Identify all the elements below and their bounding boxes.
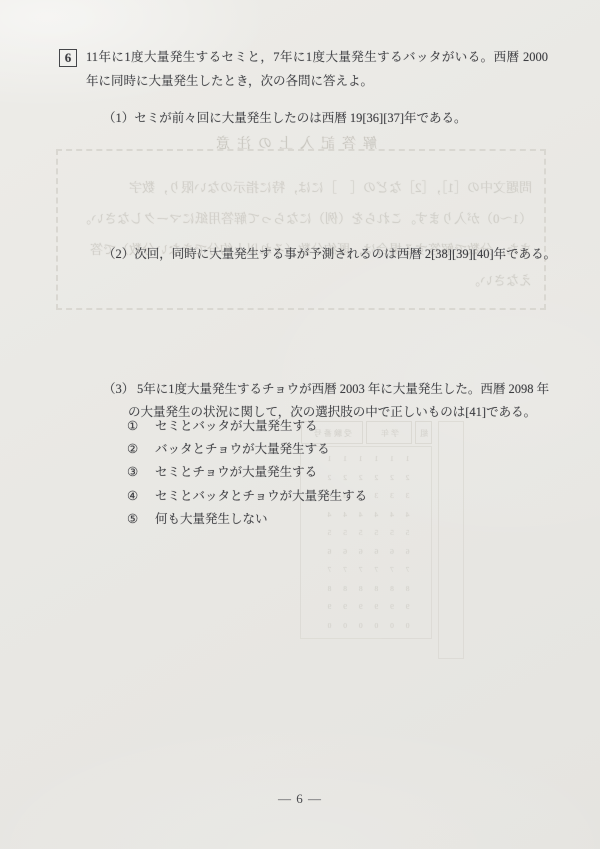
showthrough-line: えなさい。	[70, 265, 532, 296]
choice-4: ④セミとバッタとチョウが大量発生する	[127, 485, 367, 508]
page-number: — 6 —	[0, 791, 600, 807]
showthrough-grid-row: 6 6 6 6 6 6	[305, 543, 427, 562]
choice-2-text: バッタとチョウが大量発生する	[155, 442, 330, 456]
showthrough-grid-header: 組	[415, 421, 432, 444]
choice-1-number: ①	[127, 415, 142, 438]
choice-5-text: 何も大量発生しない	[155, 512, 268, 526]
showthrough-grid-row: 8 8 8 8 8 8	[305, 580, 427, 599]
choice-3: ③セミとチョウが大量発生する	[127, 461, 367, 484]
problem-number-box: 6	[59, 49, 77, 67]
choice-1-text: セミとバッタが大量発生する	[155, 419, 318, 433]
choice-list: ①セミとバッタが大量発生する ②バッタとチョウが大量発生する ③セミとチョウが大…	[127, 415, 367, 531]
showthrough-grid-row: 9 9 9 9 9 9	[305, 598, 427, 617]
choice-4-number: ④	[127, 485, 142, 508]
showthrough-title: 解答記入上の注意	[178, 133, 408, 153]
question-2-text: 次回，同時に大量発生する事が予測されるのは西暦 2[38][39][40]年であ…	[134, 247, 556, 261]
question-2: （2）次回，同時に大量発生する事が予測されるのは西暦 2[38][39][40]…	[103, 246, 556, 262]
showthrough-grid-narrow-column	[438, 421, 464, 659]
choice-5-number: ⑤	[127, 508, 142, 531]
question-2-label: （2）	[103, 247, 134, 261]
choice-5: ⑤何も大量発生しない	[127, 508, 367, 531]
choice-2-number: ②	[127, 438, 142, 461]
problem-intro-text: 11年に1度大量発生するセミと，7年に1度大量発生するバッタがいる。西暦 200…	[86, 46, 548, 93]
showthrough-line: （1～0）が入ります。これらを（例）にならって解答用紙にマークしなさい。	[70, 203, 532, 234]
choice-3-text: セミとチョウが大量発生する	[155, 465, 317, 479]
question-1-label: （1）	[103, 111, 134, 125]
choice-3-number: ③	[127, 461, 142, 484]
choice-2: ②バッタとチョウが大量発生する	[127, 438, 367, 461]
showthrough-grid-row: 7 7 7 7 7 7	[305, 561, 427, 580]
question-1: （1）セミが前々回に大量発生したのは西暦 19[36][37]年である。	[103, 110, 467, 126]
showthrough-grid-header: 学年	[366, 421, 412, 444]
showthrough-line: 問題文中の［1］，［2］などの［ ］には，特に指示のない限り，数字	[70, 172, 532, 203]
question-1-text: セミが前々回に大量発生したのは西暦 19[36][37]年である。	[134, 111, 466, 125]
scanned-test-page: 解答記入上の注意 問題文中の［1］，［2］などの［ ］には，特に指示のない限り，…	[0, 0, 600, 849]
showthrough-notice-text: 問題文中の［1］，［2］などの［ ］には，特に指示のない限り，数字 （1～0）が…	[70, 172, 532, 296]
choice-1: ①セミとバッタが大量発生する	[127, 415, 367, 438]
showthrough-grid-row: 0 0 0 0 0 0	[305, 617, 427, 636]
choice-4-text: セミとバッタとチョウが大量発生する	[155, 489, 367, 503]
